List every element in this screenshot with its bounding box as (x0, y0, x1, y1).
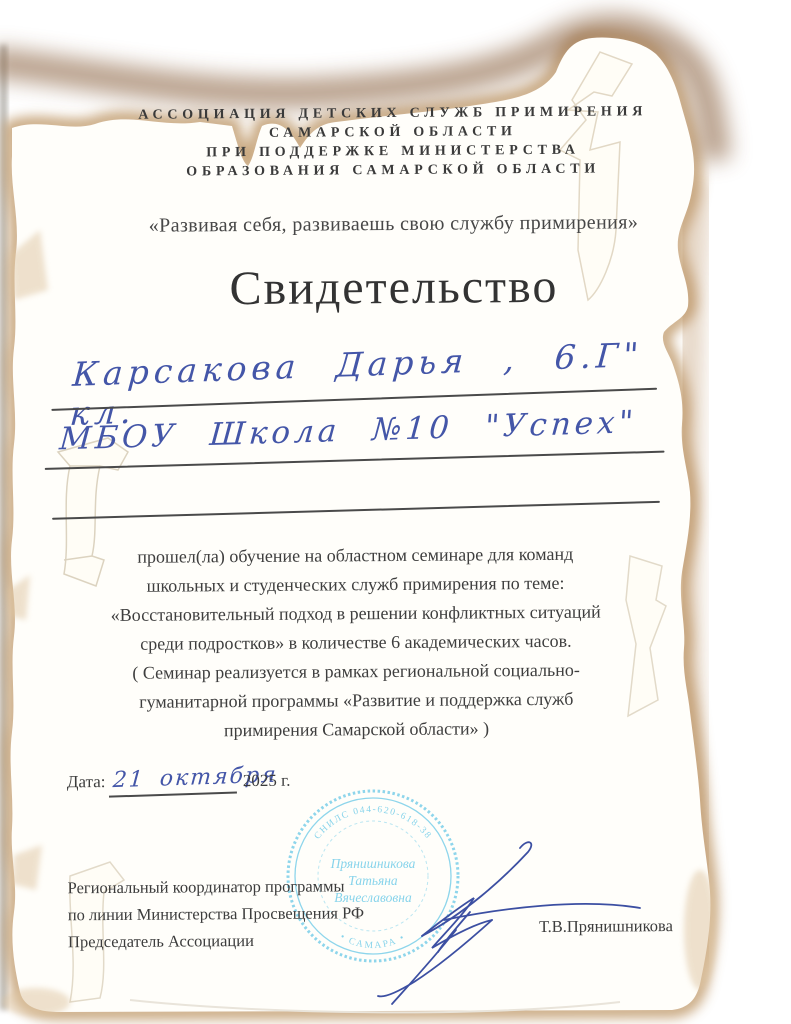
body-line-1: прошел(ла) обучение на областном семинар… (55, 539, 655, 572)
body-paragraph: прошел(ла) обучение на областном семинар… (55, 539, 656, 746)
date-year: 2025 г. (243, 771, 291, 791)
body-line-2: школьных и студенческих служб примирения… (55, 568, 655, 601)
body-line-4: среди подростков» в количестве 6 академи… (56, 626, 656, 659)
date-row: Дата: 21 октября 2025 г. (67, 766, 467, 769)
signature-scribble (352, 818, 652, 1008)
certificate-header: АССОЦИАЦИЯ ДЕТСКИХ СЛУЖБ ПРИМИРЕНИЯ САМА… (0, 101, 789, 183)
header-line-4: ОБРАЗОВАНИЯ САМАРСКОЙ ОБЛАСТИ (0, 158, 789, 183)
date-label: Дата: (67, 772, 106, 792)
blank-underline (52, 501, 660, 520)
body-line-3: «Восстановительный подход в решении конф… (56, 597, 656, 630)
body-line-6: гуманитарной программы «Развитие и подде… (56, 684, 656, 717)
body-line-7: примирения Самарской области» ) (56, 713, 656, 746)
body-line-5: ( Семинар реализуется в рамках региональ… (56, 655, 656, 688)
program-motto: «Развивая себя, развиваешь свою службу п… (0, 210, 789, 239)
certificate-title: Свидетельство (0, 257, 790, 318)
